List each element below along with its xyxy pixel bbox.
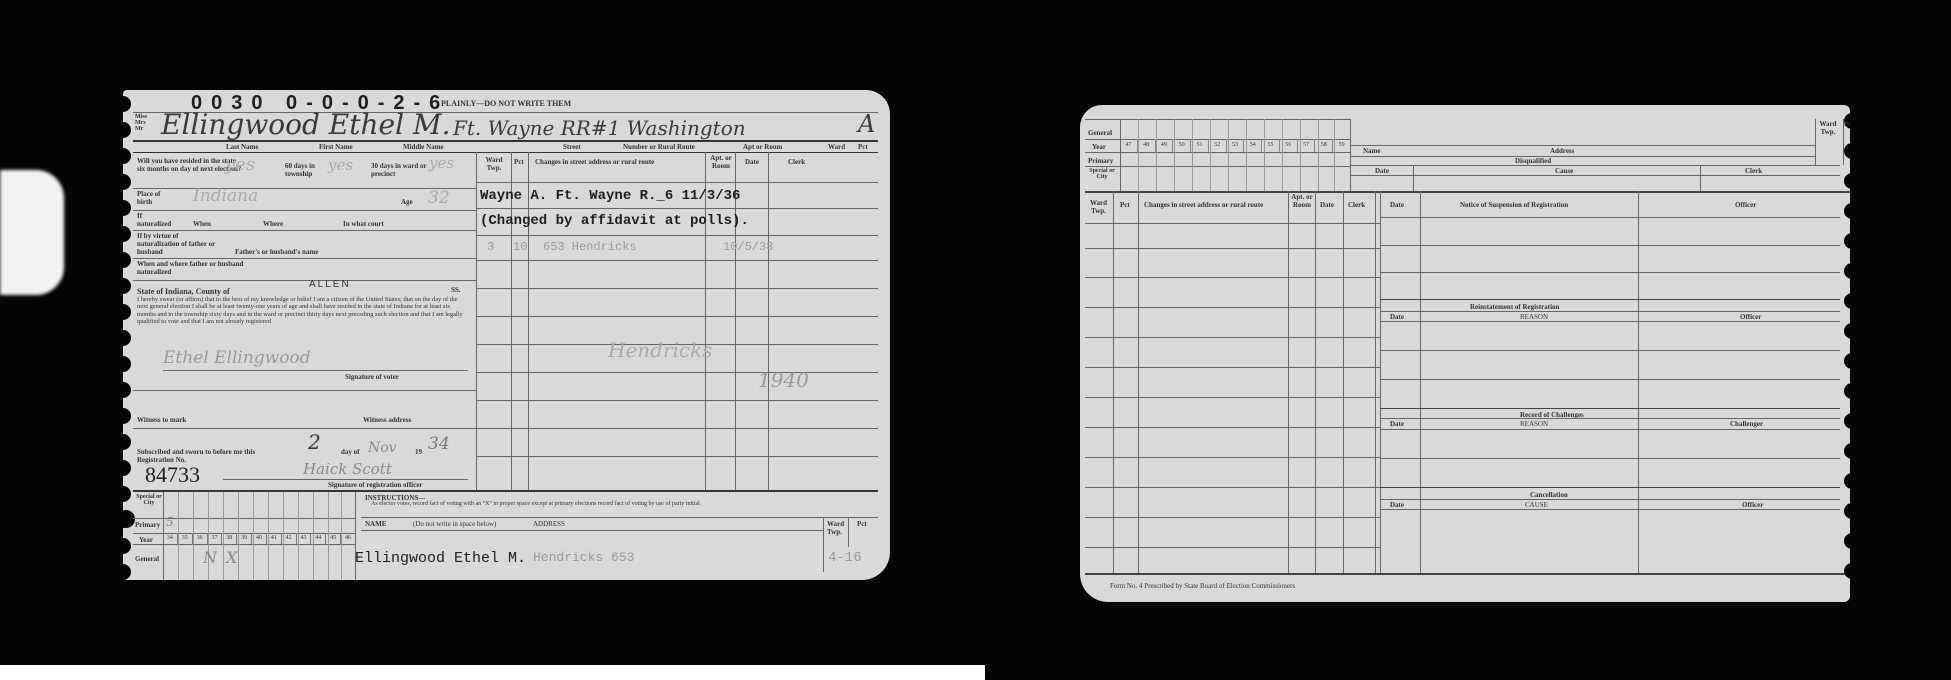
change-row-2: (Changed by affidavit at polls). xyxy=(480,213,749,229)
col-apt-room: Apt. or Room xyxy=(708,154,734,170)
place-of-birth-label: Place of birth xyxy=(137,190,167,206)
registration-number: 84733 xyxy=(145,462,200,488)
handwritten-note: Hendricks xyxy=(608,338,713,362)
cancellation-cause-label: CAUSE xyxy=(1525,501,1548,509)
year-cell: 40 xyxy=(252,533,267,544)
witness-label: Witness to mark xyxy=(137,416,186,424)
age-value: 32 xyxy=(428,188,450,208)
day-of-label: day of xyxy=(341,448,359,456)
back-col-apt-room: Apt. or Room xyxy=(1290,193,1314,209)
year-cell: 36 xyxy=(193,533,208,544)
back-address-label: Address xyxy=(1550,147,1574,155)
year-prefix: 19 xyxy=(415,448,422,456)
index-ward-twp-label: Ward Twp. xyxy=(827,520,845,536)
handwritten-year: 1940 xyxy=(758,368,809,392)
signature-officer-label: Signature of registration officer xyxy=(328,481,422,489)
year-cell: 48 xyxy=(1138,139,1156,152)
punch-holes-right xyxy=(1844,105,1850,602)
year-cell: 50 xyxy=(1173,139,1191,152)
ward-label: Ward xyxy=(828,143,845,151)
oath-ss: SS. xyxy=(451,286,461,294)
index-address-label: ADDRESS xyxy=(533,520,565,528)
name-handwritten: Ellingwood Ethel M. xyxy=(161,108,451,141)
do-not-write-label: (Do not write in space below) xyxy=(413,520,496,528)
back-year-row: 47 48 49 50 51 52 53 54 55 56 57 58 59 xyxy=(1120,139,1350,152)
naturalized-when-label: When xyxy=(193,220,211,228)
year-value: 34 xyxy=(428,434,450,454)
cancellation-heading: Cancellation xyxy=(1530,491,1568,499)
grid-label-year: Year xyxy=(139,536,153,544)
disqualified-date-label: Date xyxy=(1375,167,1389,175)
back-col-ward-twp: Ward Twp. xyxy=(1086,199,1111,215)
year-cell: 39 xyxy=(237,533,252,544)
township-value: yes xyxy=(328,156,353,174)
challenger-label: Challenger xyxy=(1730,420,1763,428)
instructions-text: As elector votes, record fact of voting … xyxy=(371,501,871,508)
grid-label-general: General xyxy=(135,555,159,563)
col-date: Date xyxy=(745,158,759,166)
challenges-date-label: Date xyxy=(1390,420,1404,428)
suspension-heading: Notice of Suspension of Registration xyxy=(1460,201,1568,209)
year-cell: 38 xyxy=(222,533,237,544)
subscribed-label: Subscribed and sworn to before me this xyxy=(137,448,255,456)
naturalized-where-label: Where xyxy=(263,220,283,228)
ward-handwritten: A xyxy=(858,110,875,138)
registration-card-front: 0030 0-0-0-2-6 PLAINLY—DO NOT WRITE THEM… xyxy=(123,90,890,580)
index-pct-label: Pct xyxy=(857,520,867,528)
col-changes: Changes in street address or rural route xyxy=(535,158,654,166)
index-address: Hendricks 653 xyxy=(533,550,634,565)
registrar-signature: Haick Scott xyxy=(303,460,392,478)
year-cell: 54 xyxy=(1244,139,1262,152)
back-name-label: Name xyxy=(1363,147,1381,155)
disqualified-cause-label: Cause xyxy=(1555,167,1573,175)
year-cell: 47 xyxy=(1120,139,1138,152)
reinstatement-heading: Reinstatement of Registration xyxy=(1470,303,1559,311)
oath-heading: State of Indiana, County of xyxy=(137,288,230,296)
signature-of-voter-label: Signature of voter xyxy=(345,373,399,381)
township-question: 60 days in township xyxy=(285,162,333,178)
year-cell: 37 xyxy=(208,533,223,544)
year-cell: 52 xyxy=(1209,139,1227,152)
back-grid-label-special: Special or City xyxy=(1088,168,1116,180)
year-cell: 59 xyxy=(1333,139,1350,152)
street-label: Street xyxy=(563,143,581,151)
year-cell: 35 xyxy=(178,533,193,544)
county-value: ALLEN xyxy=(309,281,351,289)
challenges-reason-label: REASON xyxy=(1520,420,1548,428)
when-where-naturalized-label: When and where father or husband natural… xyxy=(137,260,247,276)
disqualified-clerk-label: Clerk xyxy=(1745,167,1762,175)
cancellation-date-label: Date xyxy=(1390,501,1404,509)
back-pct-label: Pct xyxy=(1844,120,1850,128)
back-col-clerk: Clerk xyxy=(1348,201,1365,209)
apt-room-label: Apt or Room xyxy=(743,143,782,151)
reinstatement-reason-label: REASON xyxy=(1520,313,1548,321)
place-of-birth-value: Indiana xyxy=(193,186,258,206)
address-handwritten: Ft. Wayne RR#1 Washington xyxy=(453,116,746,140)
grid-label-special: Special or City xyxy=(135,494,163,506)
year-cell: 34 xyxy=(163,533,178,544)
title-label: Miss Mrs Mr xyxy=(135,114,151,132)
oath-text: I hereby swear (or affirm) that to the b… xyxy=(137,296,469,325)
back-grid-label-year: Year xyxy=(1092,143,1106,151)
first-name-label: First Name xyxy=(319,143,353,151)
age-label: Age xyxy=(401,198,413,206)
col-pct: Pct xyxy=(514,158,524,166)
suspension-officer-label: Officer xyxy=(1735,201,1756,209)
year-cell: 46 xyxy=(341,533,355,544)
header-warning: PLAINLY—DO NOT WRITE THEM xyxy=(441,100,571,108)
scan-artifact-bar xyxy=(0,665,985,680)
month-value: Nov xyxy=(368,440,397,456)
ward-residence-value: yes xyxy=(429,154,454,172)
back-col-date: Date xyxy=(1320,201,1334,209)
state-residence-value: yes xyxy=(225,154,255,175)
punch-hole xyxy=(123,510,135,528)
reinstatement-date-label: Date xyxy=(1390,313,1404,321)
back-grid-label-general: General xyxy=(1088,129,1112,137)
voter-signature: Ethel Ellingwood xyxy=(163,348,311,368)
form-footer: Form No. 4 Prescribed by State Board of … xyxy=(1110,582,1295,590)
index-name-label: NAME xyxy=(365,520,386,528)
col-clerk: Clerk xyxy=(788,158,805,166)
year-cell: 41 xyxy=(267,533,282,544)
cancellation-officer-label: Officer xyxy=(1742,501,1763,509)
back-grid-label-primary: Primary xyxy=(1088,157,1113,165)
general-mark-1: N xyxy=(203,548,217,567)
change-row-1: Wayne A. Ft. Wayne R._6 11/3/36 xyxy=(480,188,740,204)
col-ward-twp: Ward Twp. xyxy=(480,156,508,172)
father-husband-name-label: Father's or husband's name xyxy=(235,248,318,256)
back-col-changes: Changes in street address or rural route xyxy=(1144,201,1263,209)
reinstatement-officer-label: Officer xyxy=(1740,313,1761,321)
if-naturalized-label: If naturalized xyxy=(137,212,177,228)
year-cell: 49 xyxy=(1156,139,1174,152)
change-row-3-ward: 3 xyxy=(487,240,494,254)
punch-holes-left xyxy=(123,90,129,580)
index-name: Ellingwood Ethel M. xyxy=(355,550,526,567)
last-name-label: Last Name xyxy=(226,143,258,151)
naturalized-court-label: In what court xyxy=(343,220,384,228)
general-mark-2: X xyxy=(226,548,237,567)
number-rural-label: Number or Rural Route xyxy=(623,143,695,151)
change-row-3-address: 653 Hendricks xyxy=(543,240,637,254)
index-ward-pct: 4-16 xyxy=(828,550,862,566)
year-cell: 53 xyxy=(1227,139,1245,152)
middle-name-label: Middle Name xyxy=(403,143,444,151)
registration-card-back: General Year Primary Special or City 47 … xyxy=(1080,105,1850,602)
change-row-3-pct: 10 xyxy=(513,240,527,254)
change-row-3-date: 10/5/38 xyxy=(723,240,773,254)
back-col-pct: Pct xyxy=(1120,201,1130,209)
pct-label: Pct xyxy=(858,143,868,151)
grid-label-primary: Primary xyxy=(135,521,160,529)
disqualified-label: Disqualified xyxy=(1515,157,1551,165)
year-row: 34 35 36 37 38 39 40 41 42 43 44 45 46 xyxy=(163,533,355,544)
witness-address-label: Witness address xyxy=(363,416,411,424)
virtue-label: If by virtue of naturalization of father… xyxy=(137,232,217,256)
back-ward-twp-label: Ward Twp. xyxy=(1818,120,1838,136)
scan-artifact-blob xyxy=(0,170,64,295)
day-value: 2 xyxy=(308,430,321,454)
suspension-date-label: Date xyxy=(1390,201,1404,209)
year-cell: 51 xyxy=(1191,139,1209,152)
